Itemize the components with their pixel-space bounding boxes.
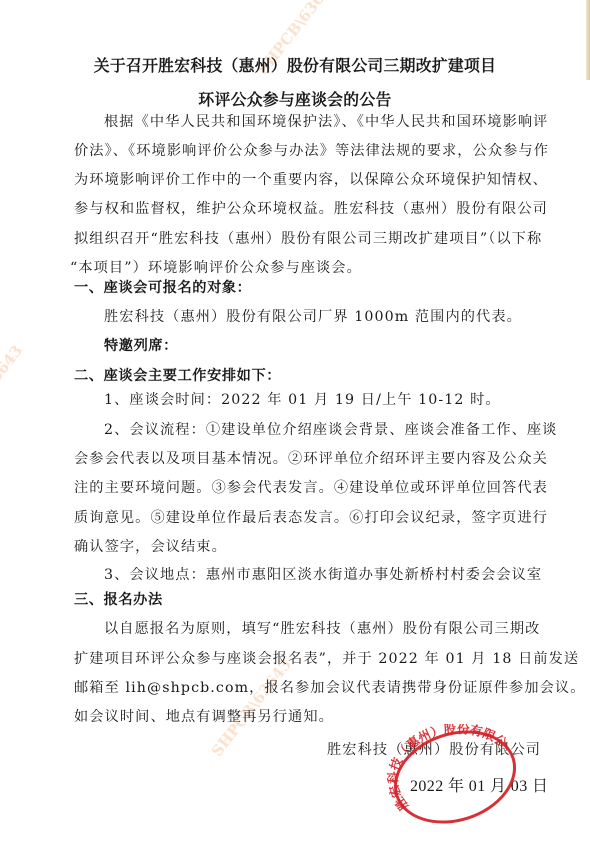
intro-line: “本项目”）环境影响评价公众参与座谈会。 — [70, 259, 362, 277]
meeting-location: 3、会议地点：惠州市惠阳区淡水街道办事处新桥村村委会会议室 — [104, 566, 542, 584]
agenda-line: 确认签字，会议结束。 — [74, 538, 227, 556]
watermark-left: 63643 — [0, 342, 26, 394]
registration-line: 如会议时间、地点有调整再另行通知。 — [74, 708, 334, 726]
seal-text: 胜宏科技（惠州）股份有限公司 — [385, 724, 511, 813]
intro-line: 参与权和监督权，维护公众环境权益。胜宏科技（惠州）股份有限公司 — [74, 200, 548, 218]
registration-line: 扩建项目环评公众参与座谈会报名表”，并于 2022 年 01 月 18 日前发送 — [74, 650, 579, 668]
document-title-line1: 关于召开胜宏科技（惠州）股份有限公司三期改扩建项目 — [0, 56, 590, 76]
registration-line: 以自愿报名为原则，填写“胜宏科技（惠州）股份有限公司三期改 — [104, 620, 540, 638]
intro-line: 根据《中华人民共和国环境保护法》、《中华人民共和国环境影响评 — [104, 113, 548, 131]
section1-body: 胜宏科技（惠州）股份有限公司厂界 1000m 范围内的代表。 — [104, 308, 522, 326]
document-page: SHPCB\63643 63643 SHPCB\63643 关于召开胜宏科技（惠… — [0, 0, 590, 856]
agenda-line: 质询意见。⑤建设单位作最后表态发言。⑥打印会议纪录，签字页进行 — [74, 509, 548, 527]
section3-heading: 三、报名办法 — [74, 591, 163, 609]
meeting-time: 1、座谈会时间：2022 年 01 月 19 日/上午 10-12 时。 — [104, 391, 501, 409]
svg-text:胜宏科技（惠州）股份有限公司: 胜宏科技（惠州）股份有限公司 — [385, 724, 511, 813]
section1-heading: 一、座谈会可报名的对象： — [74, 279, 251, 297]
company-seal-icon: 胜宏科技（惠州）股份有限公司 — [385, 724, 525, 830]
intro-line: 拟组织召开“胜宏科技（惠州）股份有限公司三期改扩建项目”（以下称 — [74, 230, 542, 248]
agenda-line: 2、会议流程：①建设单位介绍座谈会背景、座谈会准备工作、座谈 — [104, 421, 557, 439]
agenda-line: 注的主要环境问题。③参会代表发言。④建设单位或环评单位回答代表 — [74, 479, 548, 497]
intro-line: 为环境影响评价工作中的一个重要内容，以保障公众环境保护知情权、 — [74, 171, 548, 189]
document-title-line2: 环评公众参与座谈会的公告 — [0, 90, 590, 110]
agenda-line: 会参会代表以及项目基本情况。②环评单位介绍环评主要内容及公众关 — [74, 450, 548, 468]
section2-heading: 二、座谈会主要工作安排如下： — [74, 367, 281, 385]
special-invitees-heading: 特邀列席： — [104, 337, 178, 355]
registration-line: 邮箱至 lih@shpcb.com，报名参加会议代表请携带身份证原件参加会议。 — [74, 679, 585, 697]
intro-line: 价法》、《环境影响评价公众参与办法》等法律法规的要求，公众参与作 — [74, 142, 549, 160]
